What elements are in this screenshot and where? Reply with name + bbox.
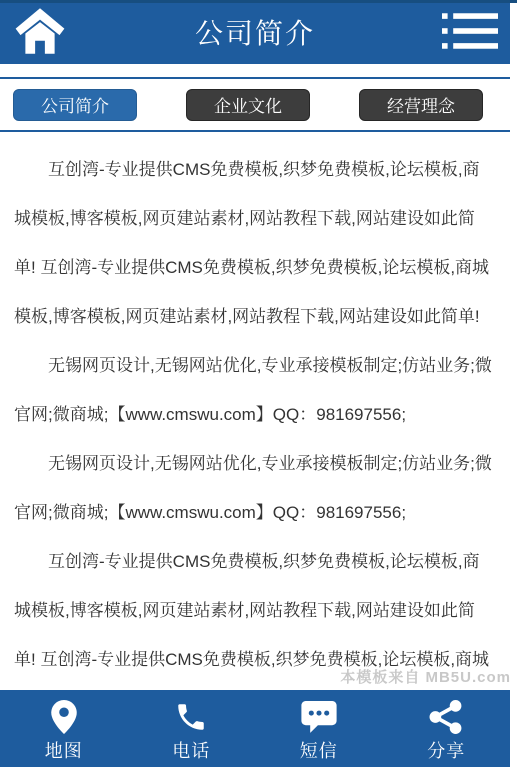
page: 公司简介 bbox=[0, 0, 517, 767]
tab-business-philosophy[interactable]: 经营理念 bbox=[359, 89, 483, 121]
article-content: 互创湾-专业提供CMS免费模板,织梦免费模板,论坛模板,商城模板,博客模板,网页… bbox=[0, 132, 510, 733]
nav-label: 分享 bbox=[427, 737, 465, 763]
header-gap bbox=[0, 64, 510, 77]
list-menu-icon bbox=[442, 10, 498, 55]
nav-label: 短信 bbox=[300, 737, 338, 763]
paragraph: 互创湾-专业提供CMS免费模板,织梦免费模板,论坛模板,商城模板,博客模板,网页… bbox=[14, 145, 496, 341]
home-button[interactable] bbox=[10, 4, 70, 60]
bottom-nav-bar: 地图 电话 短信 bbox=[0, 690, 510, 767]
tab-corporate-culture[interactable]: 企业文化 bbox=[186, 89, 310, 121]
menu-button[interactable] bbox=[440, 4, 500, 60]
tab-company-intro[interactable]: 公司简介 bbox=[13, 89, 137, 121]
template-watermark: 本模板来自 MB5U.com bbox=[340, 666, 511, 687]
nav-item-phone[interactable]: 电话 bbox=[128, 690, 256, 767]
map-pin-icon bbox=[51, 699, 77, 735]
page-title: 公司简介 bbox=[0, 12, 510, 52]
paragraph: 无锡网页设计,无锡网站优化,专业承接模板制定;仿站业务;微官网;微商城;【www… bbox=[14, 439, 496, 537]
header-bar: 公司简介 bbox=[0, 0, 510, 64]
nav-item-sms[interactable]: 短信 bbox=[255, 690, 383, 767]
share-icon bbox=[429, 699, 463, 735]
tab-bar: 公司简介 企业文化 经营理念 bbox=[0, 79, 510, 130]
nav-item-map[interactable]: 地图 bbox=[0, 690, 128, 767]
nav-label: 地图 bbox=[45, 737, 83, 763]
phone-icon bbox=[174, 699, 208, 735]
nav-item-share[interactable]: 分享 bbox=[383, 690, 511, 767]
top-border-line bbox=[0, 0, 517, 3]
sms-icon bbox=[301, 699, 337, 735]
nav-label: 电话 bbox=[172, 737, 210, 763]
paragraph: 无锡网页设计,无锡网站优化,专业承接模板制定;仿站业务;微官网;微商城;【www… bbox=[14, 341, 496, 439]
home-icon bbox=[14, 6, 66, 59]
